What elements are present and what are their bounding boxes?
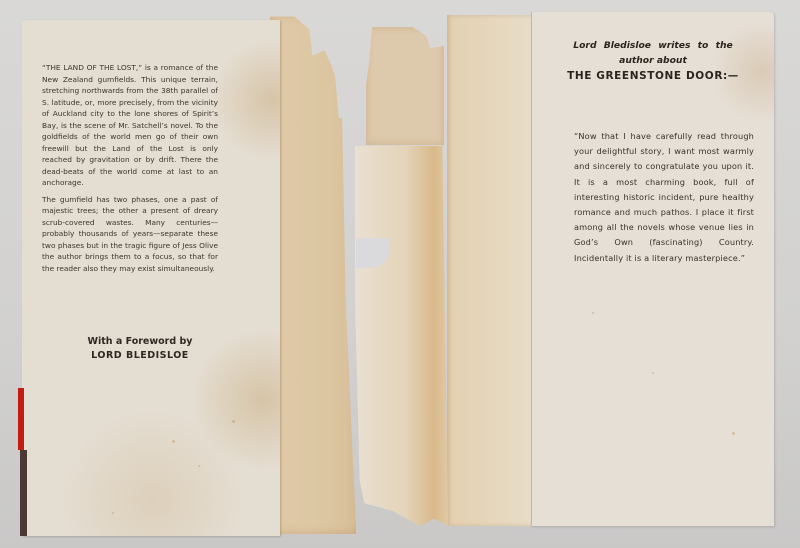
dust-jacket-photo: “THE LAND OF THE LOST,” is a romance of … — [0, 0, 800, 548]
red-cover-edge — [18, 388, 24, 450]
dark-cover-edge — [20, 450, 27, 536]
blurb-paragraph: “THE LAND OF THE LOST,” is a romance of … — [42, 62, 218, 189]
book-title: THE GREENSTONE DOOR:— — [542, 68, 764, 85]
blurb-paragraph: The gumfield has two phases, one a past … — [42, 194, 218, 275]
torn-spine-upper — [366, 27, 444, 145]
front-flap: “THE LAND OF THE LOST,” is a romance of … — [22, 20, 280, 536]
foreword-line: With a Foreword by — [42, 335, 238, 348]
blurb-text: “THE LAND OF THE LOST,” is a romance of … — [42, 62, 218, 279]
stain-speck — [652, 372, 654, 374]
stain-speck — [112, 512, 114, 514]
testimonial-quote: “Now that I have carefully read through … — [574, 129, 754, 266]
back-cover-edge-strip — [447, 15, 537, 526]
stain-speck — [732, 432, 735, 435]
front-cover-edge-strip — [270, 14, 358, 534]
foreword-author: LORD BLEDISLOE — [42, 348, 238, 363]
torn-spine-lower — [355, 146, 448, 526]
stain-speck — [198, 465, 200, 467]
foreword-credit: With a Foreword by LORD BLEDISLOE — [42, 335, 238, 363]
heading-line: Lord Bledisloe writes to the — [542, 38, 764, 53]
testimonial-heading: Lord Bledisloe writes to the author abou… — [542, 38, 764, 85]
stain-speck — [592, 312, 594, 314]
heading-line: author about — [542, 53, 764, 68]
stain-speck — [172, 440, 175, 443]
stain-speck — [232, 420, 235, 423]
back-flap: Lord Bledisloe writes to the author abou… — [531, 12, 774, 526]
